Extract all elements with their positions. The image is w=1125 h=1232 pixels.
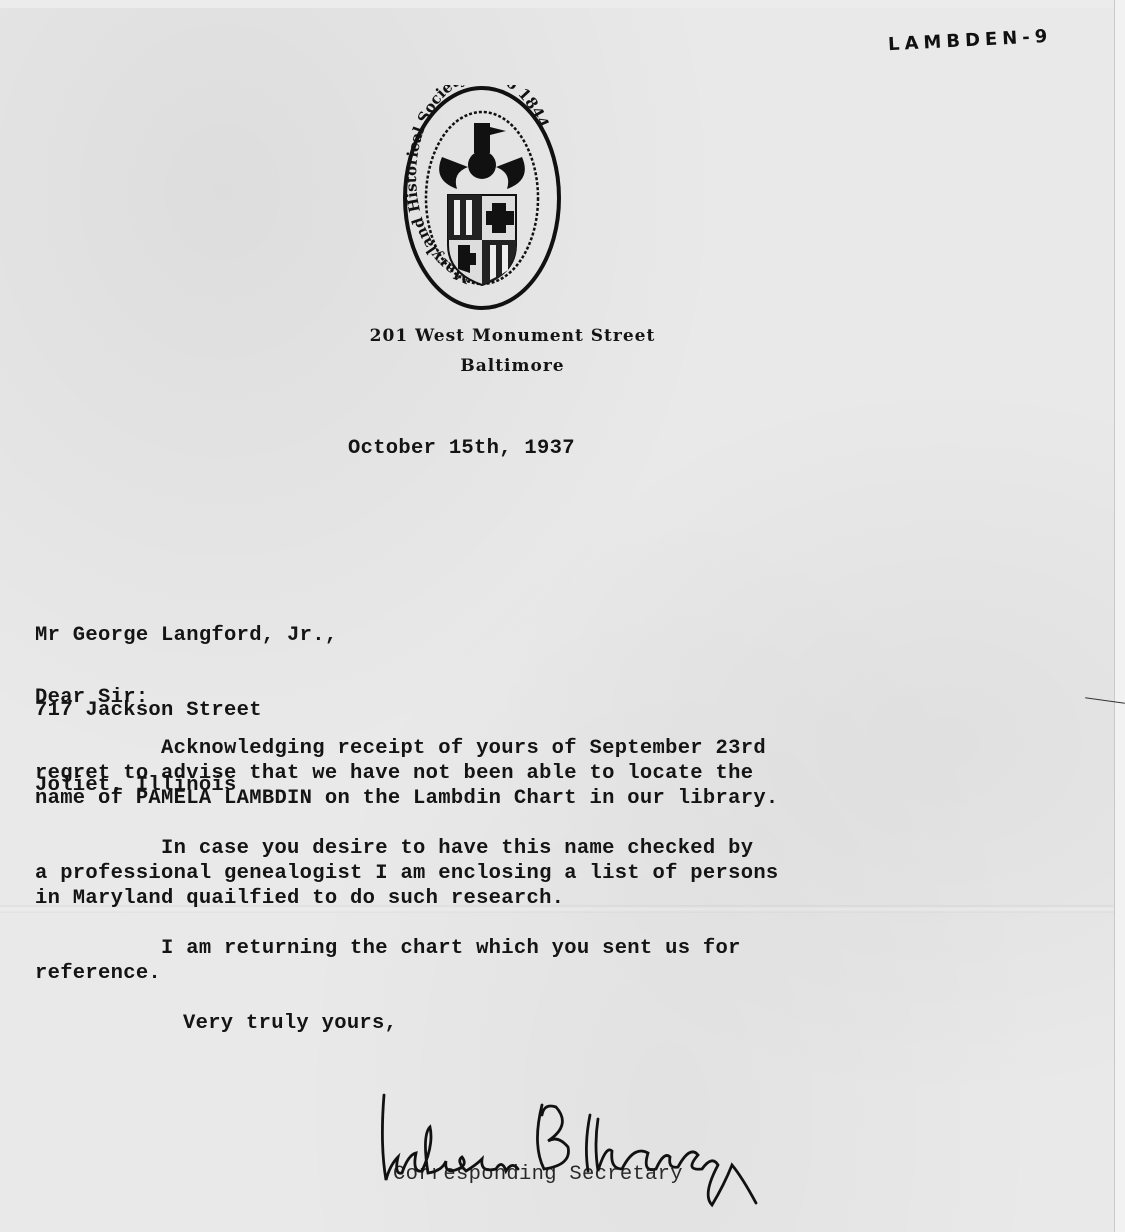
- salutation: Dear Sir:: [35, 685, 148, 710]
- letterhead-city: Baltimore: [0, 356, 1075, 376]
- body-paragraph-3: I am returning the chart which you sent …: [35, 936, 741, 986]
- letterhead-street: 201 West Monument Street: [0, 326, 1075, 346]
- closing: Very truly yours,: [183, 1011, 397, 1036]
- handwritten-signature-icon: [372, 1085, 762, 1215]
- body-paragraph-1: Acknowledging receipt of yours of Septem…: [35, 736, 779, 811]
- paper-edge: [1114, 0, 1125, 1232]
- recipient-name: Mr George Langford, Jr.,: [35, 623, 337, 648]
- body-paragraph-2: In case you desire to have this name che…: [35, 836, 779, 911]
- signatory-title: Corresponding Secretary: [393, 1162, 683, 1187]
- coat-of-arms-seal-icon: Maryland Historical Society Anno 1844: [402, 85, 562, 311]
- letter-date: October 15th, 1937: [348, 436, 575, 461]
